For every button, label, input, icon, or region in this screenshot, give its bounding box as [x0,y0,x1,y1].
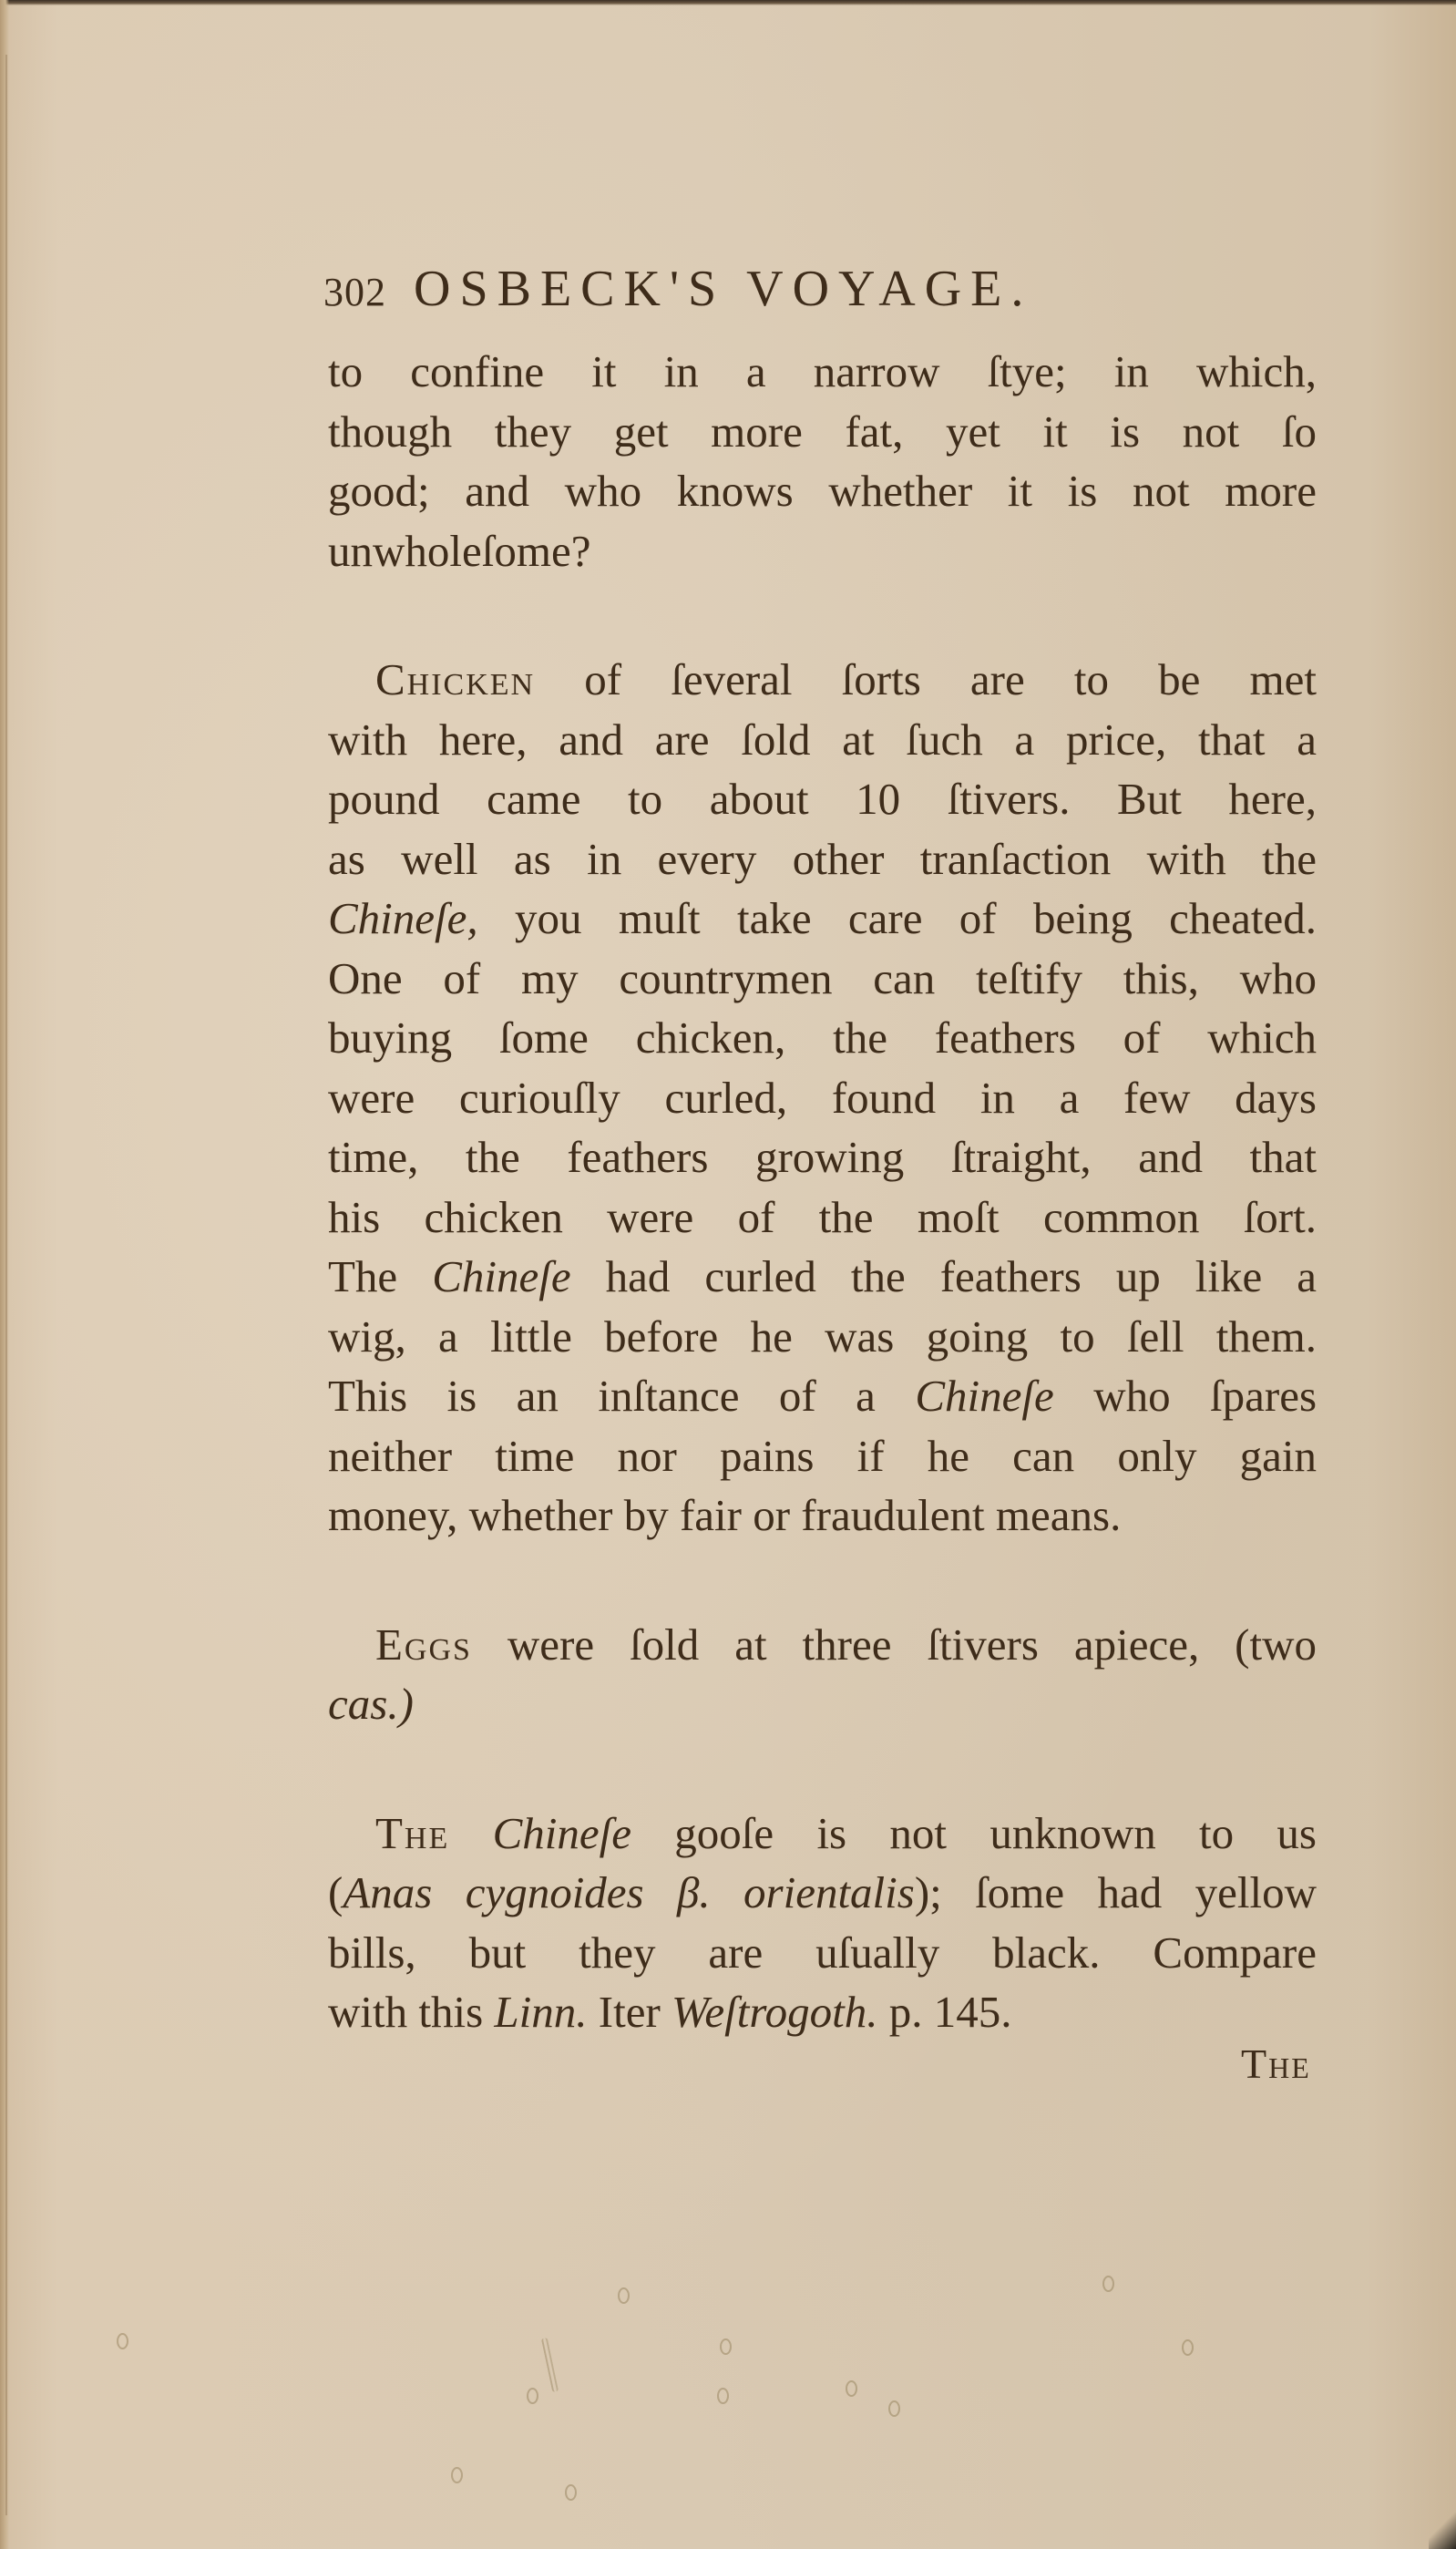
body-text: to confine it in a narrow ſtye; in which… [328,342,1317,2042]
running-head-title: OSBECK'S VOYAGE. [414,260,1032,318]
italic-term: Chineſe [493,1808,631,1858]
text-line: with here, and are ſold at ſuch a price,… [328,710,1317,770]
running-head: 302 OSBECK'S VOYAGE. [323,260,1326,324]
page-fold-line [5,55,7,2515]
italic-term: cas.) [328,1679,414,1729]
paper-fiber [541,2338,559,2392]
text-line: good; and who knows whether it is not mo… [328,461,1317,521]
paragraph-gap [328,1734,1317,1804]
text-line: unwholeſome? [328,521,1317,581]
paragraph-lead-word: Eggs [375,1619,472,1670]
italic-term: Chineſe, [328,893,478,943]
text-line: (Anas cygnoides β. orientalis); ſome had… [328,1863,1317,1923]
text-line: his chicken were of the moſt common ſort… [328,1187,1317,1248]
paper-speck [888,2400,900,2417]
page-corner-shadow [1429,2513,1456,2549]
paper-speck [1102,2276,1114,2292]
paper-speck [565,2484,577,2501]
paper-speck [451,2467,463,2483]
text-line: This is an inſtance of a Chineſe who ſpa… [328,1366,1317,1426]
text-line: pound came to about 10 ſtivers. But here… [328,769,1317,829]
paragraph-chicken: Chicken of ſeveral ſorts are to be met w… [328,650,1317,1546]
paragraph-goose: The Chineſe gooſe is not unknown to us (… [328,1804,1317,2042]
paragraph-lead-word: The [375,1808,449,1858]
book-page: 302 OSBECK'S VOYAGE. to confine it in a … [0,0,1456,2549]
text-line: buying ſome chicken, the feathers of whi… [328,1008,1317,1068]
paper-speck [846,2380,857,2397]
paper-speck [117,2333,128,2349]
text-line: Eggs were ſold at three ſtivers apiece, … [328,1615,1317,1675]
text-line: Chineſe, you muſt take care of being che… [328,889,1317,949]
page-number: 302 [323,269,386,315]
catchword: The [1241,2040,1311,2088]
italic-term: Chineſe [432,1251,570,1301]
italic-term: Anas cygnoides β. orientalis [343,1867,915,1917]
paragraph-gap [328,1546,1317,1615]
paragraph-gap [328,581,1317,650]
text-line: were curiouſly curled, found in a few da… [328,1068,1317,1128]
italic-term: Weſtrogoth. [672,1987,877,2037]
paper-speck [717,2388,729,2404]
text-line: with this Linn. Iter Weſtrogoth. p. 145. [328,1982,1317,2042]
paper-speck [618,2287,630,2304]
paragraph-continuation: to confine it in a narrow ſtye; in which… [328,342,1317,581]
paper-speck [527,2388,538,2404]
text-line: neither time nor pains if he can only ga… [328,1426,1317,1486]
text-line: money, whether by fair or fraudulent mea… [328,1485,1317,1546]
paper-speck [720,2338,732,2355]
text-line: though they get more fat, yet it is not … [328,402,1317,462]
text-line: as well as in every other tranſaction wi… [328,829,1317,889]
italic-term: Chineſe [915,1371,1053,1421]
text-line: wig, a little before he was going to ſel… [328,1307,1317,1367]
page-gutter-edge [0,0,9,2549]
text-line: cas.) [328,1674,1317,1734]
text-line: The Chineſe had curled the feathers up l… [328,1247,1317,1307]
page-top-edge [0,0,1456,5]
text-line: bills, but they are uſually black. Compa… [328,1923,1317,1983]
paragraph-eggs: Eggs were ſold at three ſtivers apiece, … [328,1615,1317,1734]
text-line: One of my countrymen can teſtify this, w… [328,949,1317,1009]
paragraph-lead-word: Chicken [375,654,535,704]
text-line: to confine it in a narrow ſtye; in which… [328,342,1317,402]
text-line: time, the feathers growing ſtraight, and… [328,1127,1317,1187]
text-line: The Chineſe gooſe is not unknown to us [328,1804,1317,1864]
italic-term: Linn. [494,1987,587,2037]
paper-speck [1182,2339,1194,2356]
text-line: Chicken of ſeveral ſorts are to be met [328,650,1317,710]
